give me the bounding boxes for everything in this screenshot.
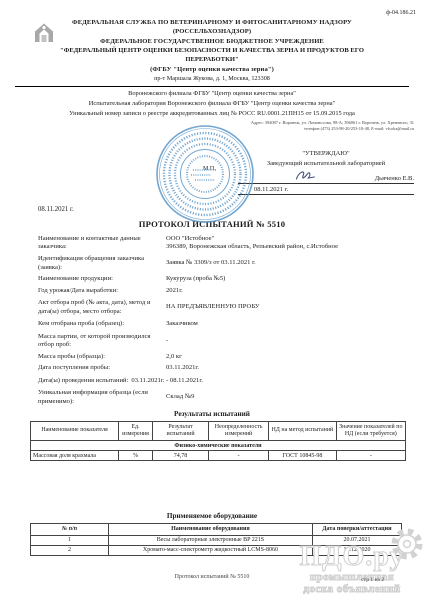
results-title: Результаты испытаний xyxy=(0,410,424,418)
col-header-uncertainty: Неопределенность измерений xyxy=(209,422,269,441)
field-value: Склад №9 xyxy=(156,393,408,401)
protocol-page: ф-04.186.21 ФЕДЕРАЛЬНАЯ СЛУЖБА ПО ВЕТЕРИ… xyxy=(0,0,424,600)
field-label: Идентификация обращения заказчика (заявк… xyxy=(38,255,156,272)
col-header-equipment-name: Наименование оборудования xyxy=(108,524,312,536)
field-row-sampling-act: Акт отбора проб (№ акта, дата), метод и … xyxy=(38,299,408,316)
cell-equipment-name: Хромато-масс-спектрометр жидкостный LCMS… xyxy=(108,545,312,555)
page-number: стр 1 из 2 xyxy=(361,577,384,583)
field-label: Масса пробы (образца): xyxy=(38,353,156,361)
round-stamp-icon xyxy=(153,122,257,231)
field-row-sampled-by: Кем отобрана проба (образец): Заказчиком xyxy=(38,320,408,328)
authority-name: ФЕДЕРАЛЬНАЯ СЛУЖБА ПО ВЕТЕРИНАРНОМУ И ФИ… xyxy=(0,18,424,27)
field-value: Заказчиком xyxy=(156,320,408,328)
table-row: Массовая доля крахмала % 74,78 - ГОСТ 10… xyxy=(31,451,406,461)
field-value: НА ПРЕДЪЯВЛЕННУЮ ПРОБУ xyxy=(156,303,408,311)
watermark-subtitle-2: доска объявлений xyxy=(284,583,420,596)
institution-full-name: "ФЕДЕРАЛЬНЫЙ ЦЕНТР ОЦЕНКИ БЕЗОПАСНОСТИ И… xyxy=(34,46,390,65)
accreditation-number: Уникальный номер записи о реестре аккред… xyxy=(0,109,424,119)
results-table: Наименование показателя Ед. измерения Ре… xyxy=(30,421,406,461)
results-header-row: Наименование показателя Ед. измерения Ре… xyxy=(31,422,406,441)
form-code: ф-04.186.21 xyxy=(386,10,416,16)
field-value: 03.11.2021г. - 08.11.2021г. xyxy=(128,377,408,385)
watermark: ПДО.ру промышленная доска объявлений xyxy=(284,543,420,596)
field-row-receipt-date: Дата поступления пробы: 03.11.2021г. xyxy=(38,364,408,372)
cell-norm-value: - xyxy=(336,451,405,461)
col-header-method: НД на метод испытаний xyxy=(269,422,337,441)
cell-indicator: Массовая доля крахмала xyxy=(31,451,119,461)
col-header-unit: Ед. измерения xyxy=(119,422,153,441)
field-row-product: Наименование продукции: Кукуруза (проба … xyxy=(38,275,408,283)
results-section: Результаты испытаний Наименование показа… xyxy=(0,410,424,461)
field-value: Кукуруза (проба №5) xyxy=(156,275,408,283)
hq-address: пр-т Маршала Жукова, д. 1, Москва, 12330… xyxy=(0,75,424,84)
field-value: - xyxy=(156,337,408,345)
laboratory-name: Испытательная лаборатория Воронежского ф… xyxy=(0,99,424,109)
col-header-number: № п/п xyxy=(31,524,109,536)
institution-type: ФЕДЕРАЛЬНОЕ ГОСУДАРСТВЕННОЕ БЮДЖЕТНОЕ УЧ… xyxy=(0,37,424,46)
field-label: Дата(ы) проведения испытаний: xyxy=(38,377,128,385)
field-label: Дата поступления пробы: xyxy=(38,364,156,372)
col-header-result: Результат испытаний xyxy=(152,422,208,441)
field-row-sample-mass: Масса пробы (образца): 2,0 кг xyxy=(38,353,408,361)
col-header-norm-value: Значение показателей по НД (если требует… xyxy=(336,422,405,441)
field-label: Масса партии, от которой производился от… xyxy=(38,333,156,350)
col-header-verification-date: Дата поверки/аттестации xyxy=(312,524,401,536)
field-label: Кем отобрана проба (образец): xyxy=(38,320,156,328)
field-label: Наименование и контактные данные заказчи… xyxy=(38,235,156,252)
signature-line: Дьяченко Е.В. xyxy=(238,169,414,184)
cell-equipment-name: Весы лабораторные электронные BP 221S xyxy=(108,535,312,545)
approval-block: "УТВЕРЖДАЮ" Заведующий испытательной лаб… xyxy=(238,150,414,195)
field-label: Год урожая/Дата выработки: xyxy=(38,287,156,295)
cell-number: 1 xyxy=(31,535,109,545)
field-row-harvest-year: Год урожая/Дата выработки: 2021г. xyxy=(38,287,408,295)
field-row-customer: Наименование и контактные данные заказчи… xyxy=(38,235,408,252)
approver-role: Заведующий испытательной лабораторией xyxy=(238,160,414,167)
gear-icon xyxy=(390,527,424,566)
field-value: 03.11.2021г. xyxy=(156,364,408,372)
field-row-test-dates: Дата(ы) проведения испытаний: 03.11.2021… xyxy=(38,377,408,385)
results-section-row: Физико-химические показатели xyxy=(31,441,406,451)
field-label: Уникальная информация образца (если прим… xyxy=(38,389,156,406)
col-header-indicator: Наименование показателя xyxy=(31,422,119,441)
approval-title: "УТВЕРЖДАЮ" xyxy=(238,150,414,157)
header-divider xyxy=(15,86,409,87)
equipment-header-row: № п/п Наименование оборудования Дата пов… xyxy=(31,524,402,536)
equipment-title: Применяемое оборудование xyxy=(0,512,424,520)
field-value: ООО "Истобное" 396389, Воронежская облас… xyxy=(156,235,408,252)
authority-short: (РОССЕЛЬХОЗНАДЗОР) xyxy=(0,27,424,36)
branch-name: Воронежского филиала ФГБУ "Центр оценки … xyxy=(0,89,424,99)
section-label: Физико-химические показатели xyxy=(31,441,406,451)
cell-number: 2 xyxy=(31,545,109,555)
field-row-unique-info: Уникальная информация образца (если прим… xyxy=(38,389,408,406)
sample-info-fields: Наименование и контактные данные заказчи… xyxy=(38,235,408,409)
signature-icon xyxy=(238,169,371,182)
cell-uncertainty: - xyxy=(209,451,269,461)
cell-result: 74,78 xyxy=(152,451,208,461)
approver-name: Дьяченко Е.В. xyxy=(371,175,414,182)
field-value: 2021г. xyxy=(156,287,408,295)
field-label: Акт отбора проб (№ акта, дата), метод и … xyxy=(38,299,156,316)
field-label: Наименование продукции: xyxy=(38,275,156,283)
letterhead: ФЕДЕРАЛЬНАЯ СЛУЖБА ПО ВЕТЕРИНАРНОМУ И ФИ… xyxy=(0,0,424,133)
field-row-lot-mass: Масса партии, от которой производился от… xyxy=(38,333,408,350)
field-value: Заявка № 3309/з от 03.11.2021 г. xyxy=(156,259,408,267)
institution-short-name: (ФГБУ "Центр оценки качества зерна") xyxy=(0,65,424,74)
cell-unit: % xyxy=(119,451,153,461)
field-row-request: Идентификация обращения заказчика (заявк… xyxy=(38,255,408,272)
approval-date: 08.11.2021 г. xyxy=(238,184,414,195)
rosselkhoznadzor-logo-icon xyxy=(31,19,57,50)
cell-method: ГОСТ 10845-98 xyxy=(269,451,337,461)
field-value: 2,0 кг xyxy=(156,353,408,361)
protocol-issue-date: 08.11.2021 г. xyxy=(38,206,74,213)
